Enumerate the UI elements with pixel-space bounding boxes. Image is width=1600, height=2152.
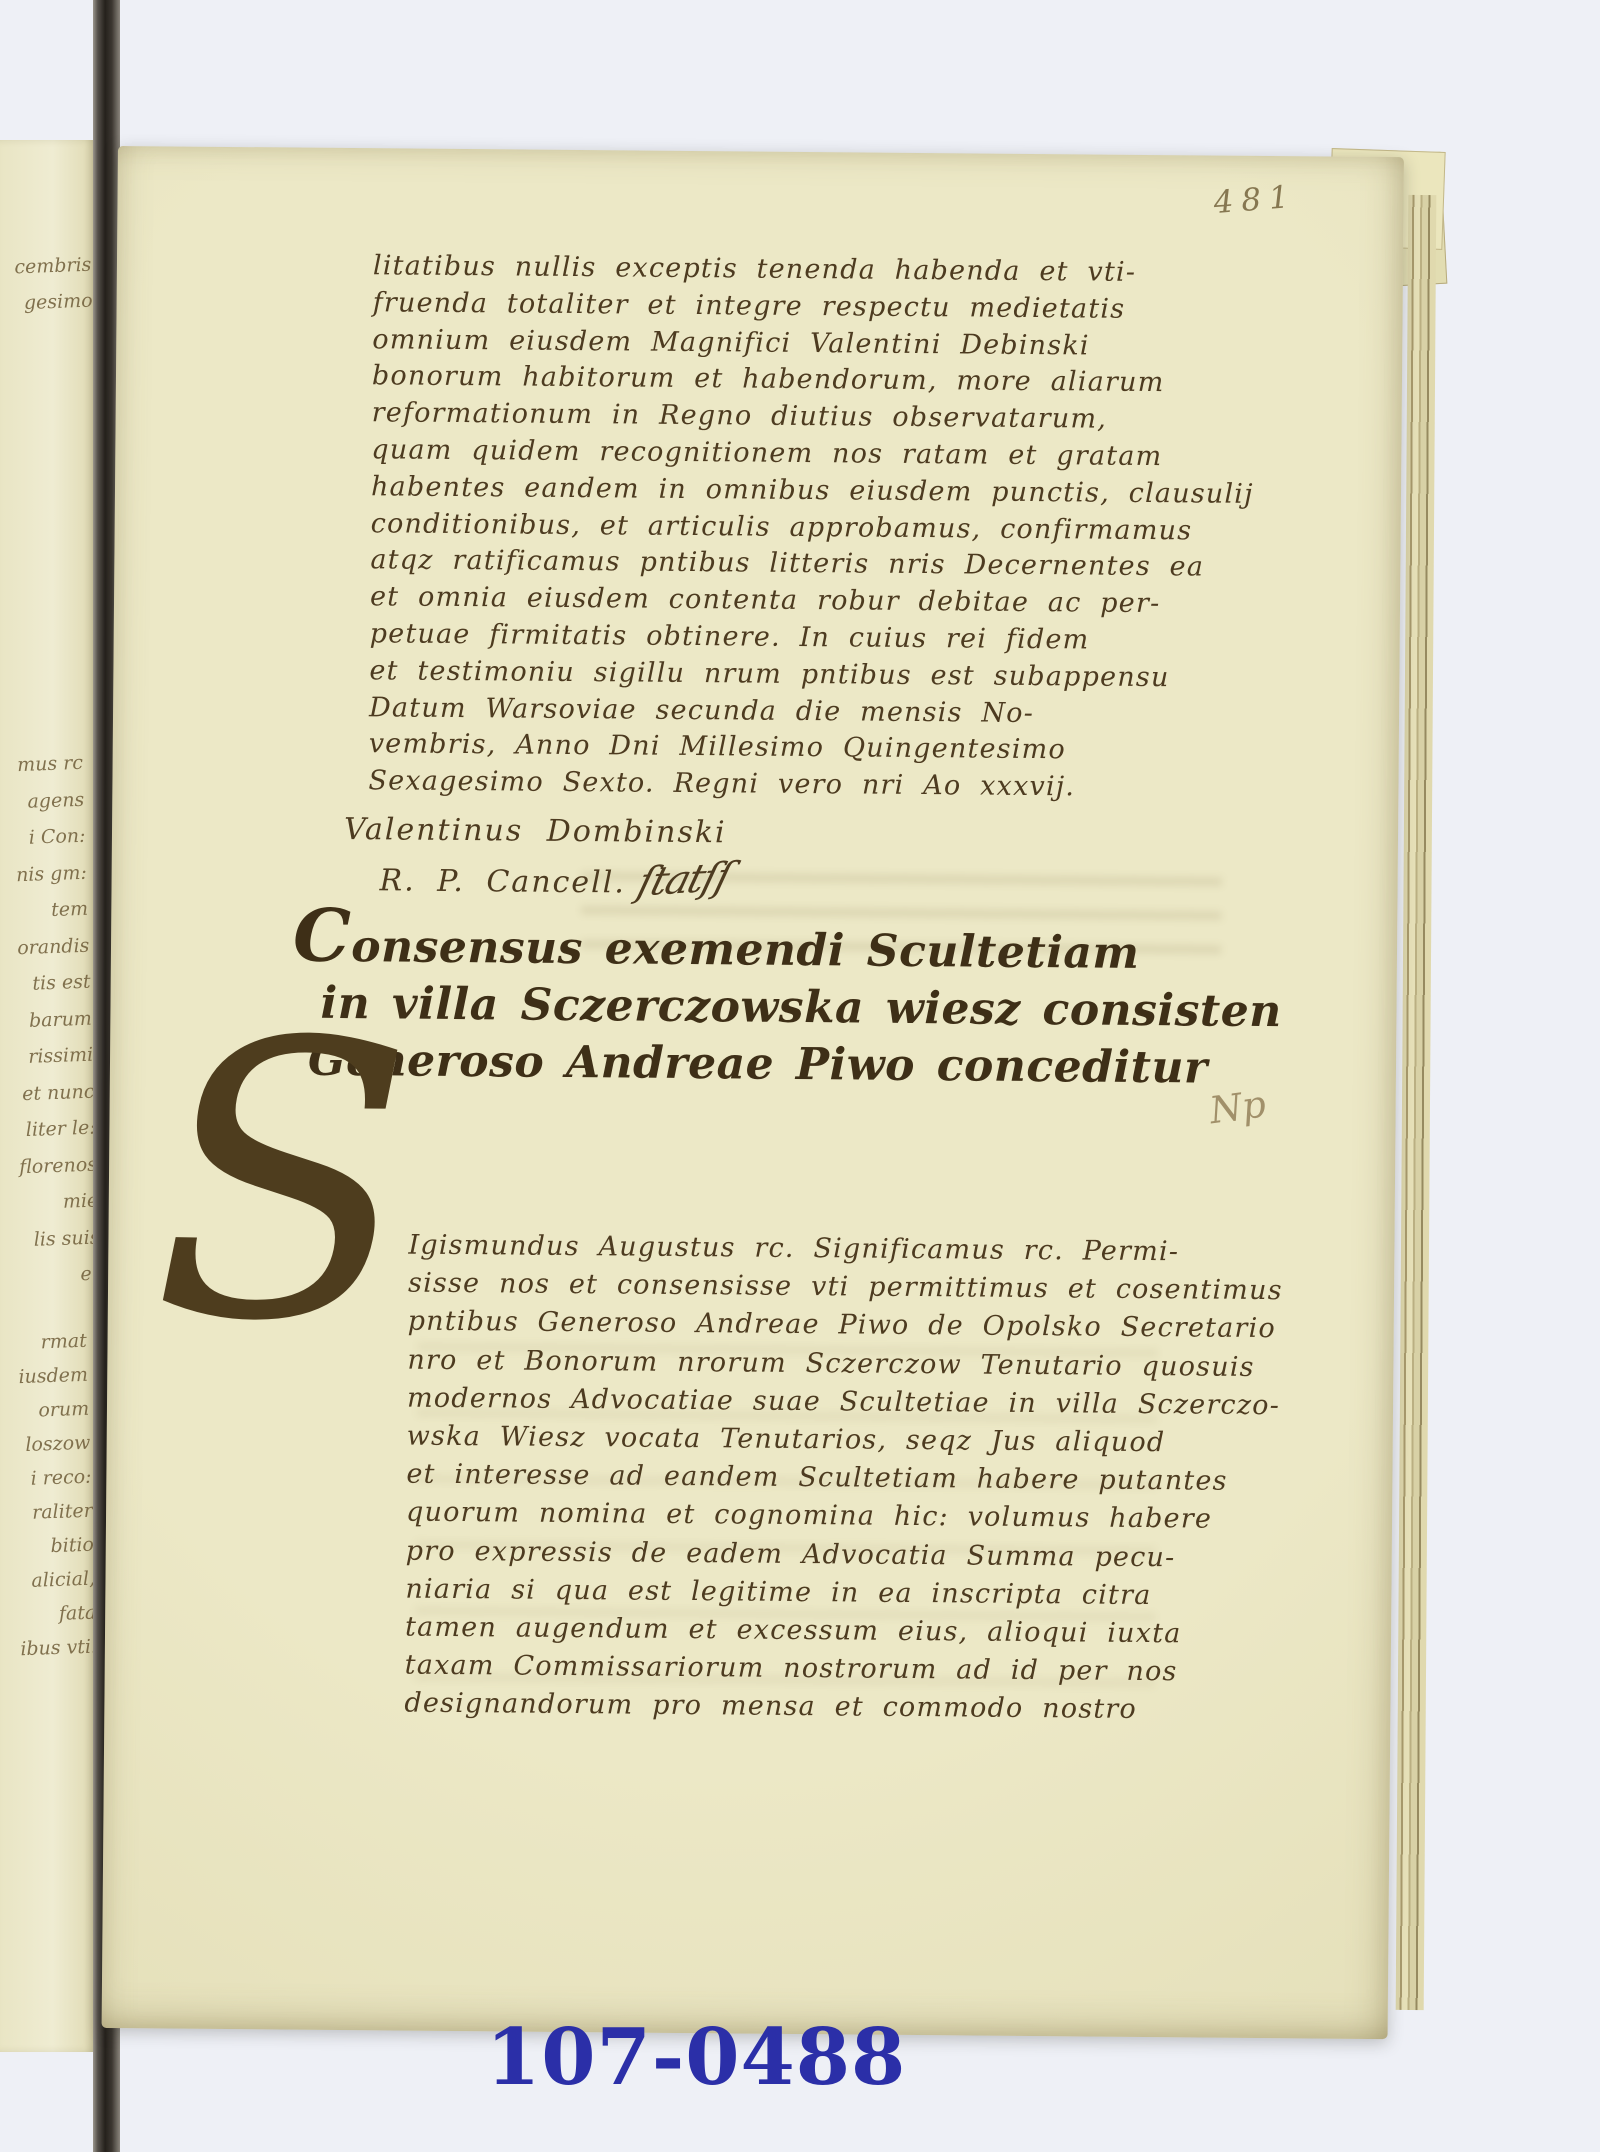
marginal-mark: Np	[1207, 1082, 1268, 1132]
page-stack-edge	[1396, 195, 1437, 2010]
margin-fragment: florenos	[19, 1146, 96, 1185]
manuscript-line: Sexagesimo Sexto. Regni vero nri Ao xxxv…	[368, 763, 1251, 807]
margin-fragment: et nunc	[16, 1073, 95, 1112]
heading-line: in villa Sczerczowska wiesz consisten	[320, 975, 1282, 1040]
margin-fragment: mie	[20, 1183, 96, 1222]
margin-fragment: rmat	[9, 1324, 87, 1361]
left-margin-fragments-bottom: rmatiusdemorumloszowi reco:raliterbitioa…	[9, 1324, 96, 1666]
margin-fragment: barum	[14, 1000, 93, 1039]
margin-fragment: fata	[18, 1596, 96, 1633]
margin-fragment: i reco:	[14, 1460, 92, 1497]
margin-fragment: i Con:	[7, 818, 86, 857]
signature-title-text: R. P. Cancell.	[379, 863, 626, 900]
document-heading: Consensus exemendi Scultetiamin villa Sc…	[292, 912, 1283, 1098]
heading-line: Generoso Andreae Piwo conceditur	[308, 1032, 1282, 1097]
paragraph-confirmation: litatibus nullis exceptis tenenda habend…	[368, 248, 1255, 808]
margin-fragment: orandis	[11, 927, 90, 966]
paragraph-consent: Igismundus Augustus rc. Significamus rc.…	[404, 1227, 1283, 1731]
margin-fragment: alicial,	[17, 1562, 95, 1599]
margin-fragment: tem	[10, 891, 89, 930]
manuscript-scan: cembrisgesimo mus rcagensi Con:nis gm:te…	[0, 0, 1600, 2152]
drop-cap-initial: S	[151, 992, 415, 1374]
signature-name: Valentinus Dombinski	[344, 812, 727, 850]
left-margin-fragments-middle: mus rcagensi Con:nis gm:temorandistis es…	[5, 745, 96, 1295]
margin-fragment: nis gm:	[8, 854, 87, 893]
manuscript-page: 481 litatibus nullis exceptis tenenda ha…	[102, 146, 1404, 2039]
margin-fragment: ibus vti:	[20, 1630, 96, 1667]
margin-fragment: er	[22, 1255, 96, 1294]
manuscript-line: designandorum pro mensa et commodo nostr…	[404, 1685, 1279, 1731]
margin-fragment: raliter	[15, 1494, 93, 1531]
margin-fragment: lis suis	[21, 1219, 96, 1258]
margin-fragment: agens	[6, 781, 85, 820]
facing-page-edge: cembrisgesimo mus rcagensi Con:nis gm:te…	[0, 140, 96, 2052]
margin-fragment: gesimo	[15, 283, 93, 322]
margin-fragment: liter le:	[17, 1110, 96, 1149]
margin-fragment: loszow	[13, 1426, 91, 1463]
margin-fragment: orum	[11, 1392, 89, 1429]
left-margin-fragments-top: cembrisgesimo	[14, 247, 93, 322]
folio-number: 481	[1212, 179, 1298, 221]
margin-fragment: cembris	[14, 247, 92, 286]
catalog-number-label: 107-0488	[486, 2012, 906, 2103]
margin-fragment: iusdem	[10, 1358, 88, 1395]
margin-fragment: tis est	[12, 964, 91, 1003]
signature-title: R. P. Cancell.ſtatſſ	[379, 854, 728, 903]
heading-line: Consensus exemendi Scultetiam	[293, 912, 1283, 984]
margin-fragment: bitio	[16, 1528, 94, 1565]
signature-flourish: ſtatſſ	[633, 854, 735, 905]
margin-fragment: mus rc	[5, 745, 84, 784]
margin-fragment: rissimi	[15, 1037, 94, 1076]
